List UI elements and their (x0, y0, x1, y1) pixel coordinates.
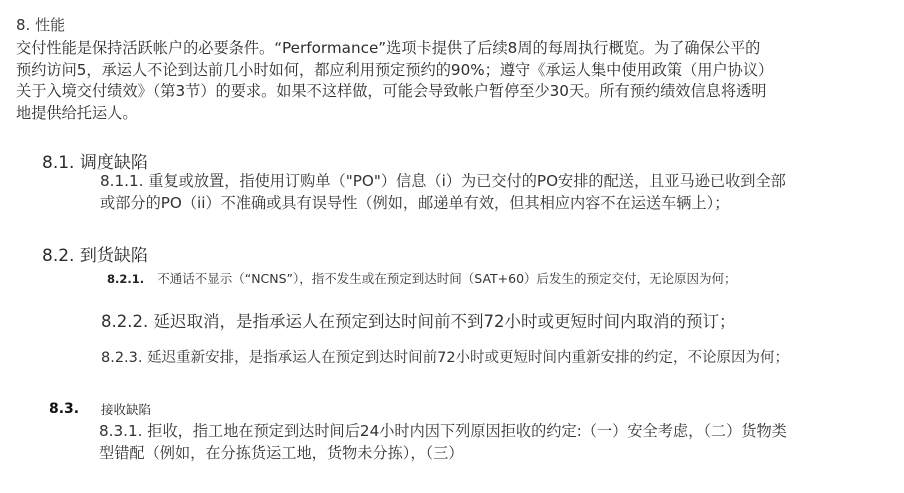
clause-text: 不通话不显示（“NCNS”），指不发生或在预定到达时间（SAT+60）后发生的预… (157, 271, 736, 286)
clause-line: 8.3.1. 拒收，指工地在预定到达时间后24小时内因下列原因拒收的约定:（一）… (99, 420, 787, 442)
clause-line: 或部分的PO（ii）不准确或具有误导性（例如，邮递单有效，但其相应内容不在运送车… (100, 192, 786, 214)
clause-line: 8.1.1. 重复或放置，指使用订购单（"PO"）信息（i）为已交付的PO安排的… (100, 170, 786, 192)
clause-8-3-1: 8.3.1. 拒收，指工地在预定到达时间后24小时内因下列原因拒收的约定:（一）… (99, 420, 787, 464)
intro-line: 关于入境交付绩效》（第3节）的要求。如果不这样做，可能会导致帐户暂停至少30天。… (16, 81, 773, 103)
intro-paragraph: 交付性能是保持活跃帐户的必要条件。“Performance”选项卡提供了后续8周… (16, 38, 773, 124)
intro-line: 预约访问5，承运人不论到达前几小时如何，都应利用预定预约的90%；遵守《承运人集… (16, 60, 773, 82)
clause-number: 8.2.1. (107, 272, 144, 286)
clause-8-1-1: 8.1.1. 重复或放置，指使用订购单（"PO"）信息（i）为已交付的PO安排的… (100, 170, 786, 214)
clause-8-2-3: 8.2.3. 延迟重新安排，是指承运人在预定到达时间前72小时或更短时间内重新安… (101, 346, 789, 367)
subsection-number-8-3: 8.3. (49, 401, 79, 417)
subsection-title-8-2: 8.2. 到货缺陷 (42, 241, 148, 266)
intro-line: 交付性能是保持活跃帐户的必要条件。“Performance”选项卡提供了后续8周… (16, 38, 773, 60)
intro-line: 地提供给托运人。 (16, 103, 773, 125)
section-title: 8. 性能 (16, 14, 65, 35)
clause-8-2-2: 8.2.2. 延迟取消，是指承运人在预定到达时间前不到72小时或更短时间内取消的… (101, 308, 735, 332)
subsection-title-8-3: 接收缺陷 (101, 400, 151, 418)
clause-8-2-1: 8.2.1. 不通话不显示（“NCNS”），指不发生或在预定到达时间（SAT+6… (107, 268, 737, 287)
clause-line: 型错配（例如，在分拣货运工地，货物未分拣），（三） (99, 442, 787, 464)
